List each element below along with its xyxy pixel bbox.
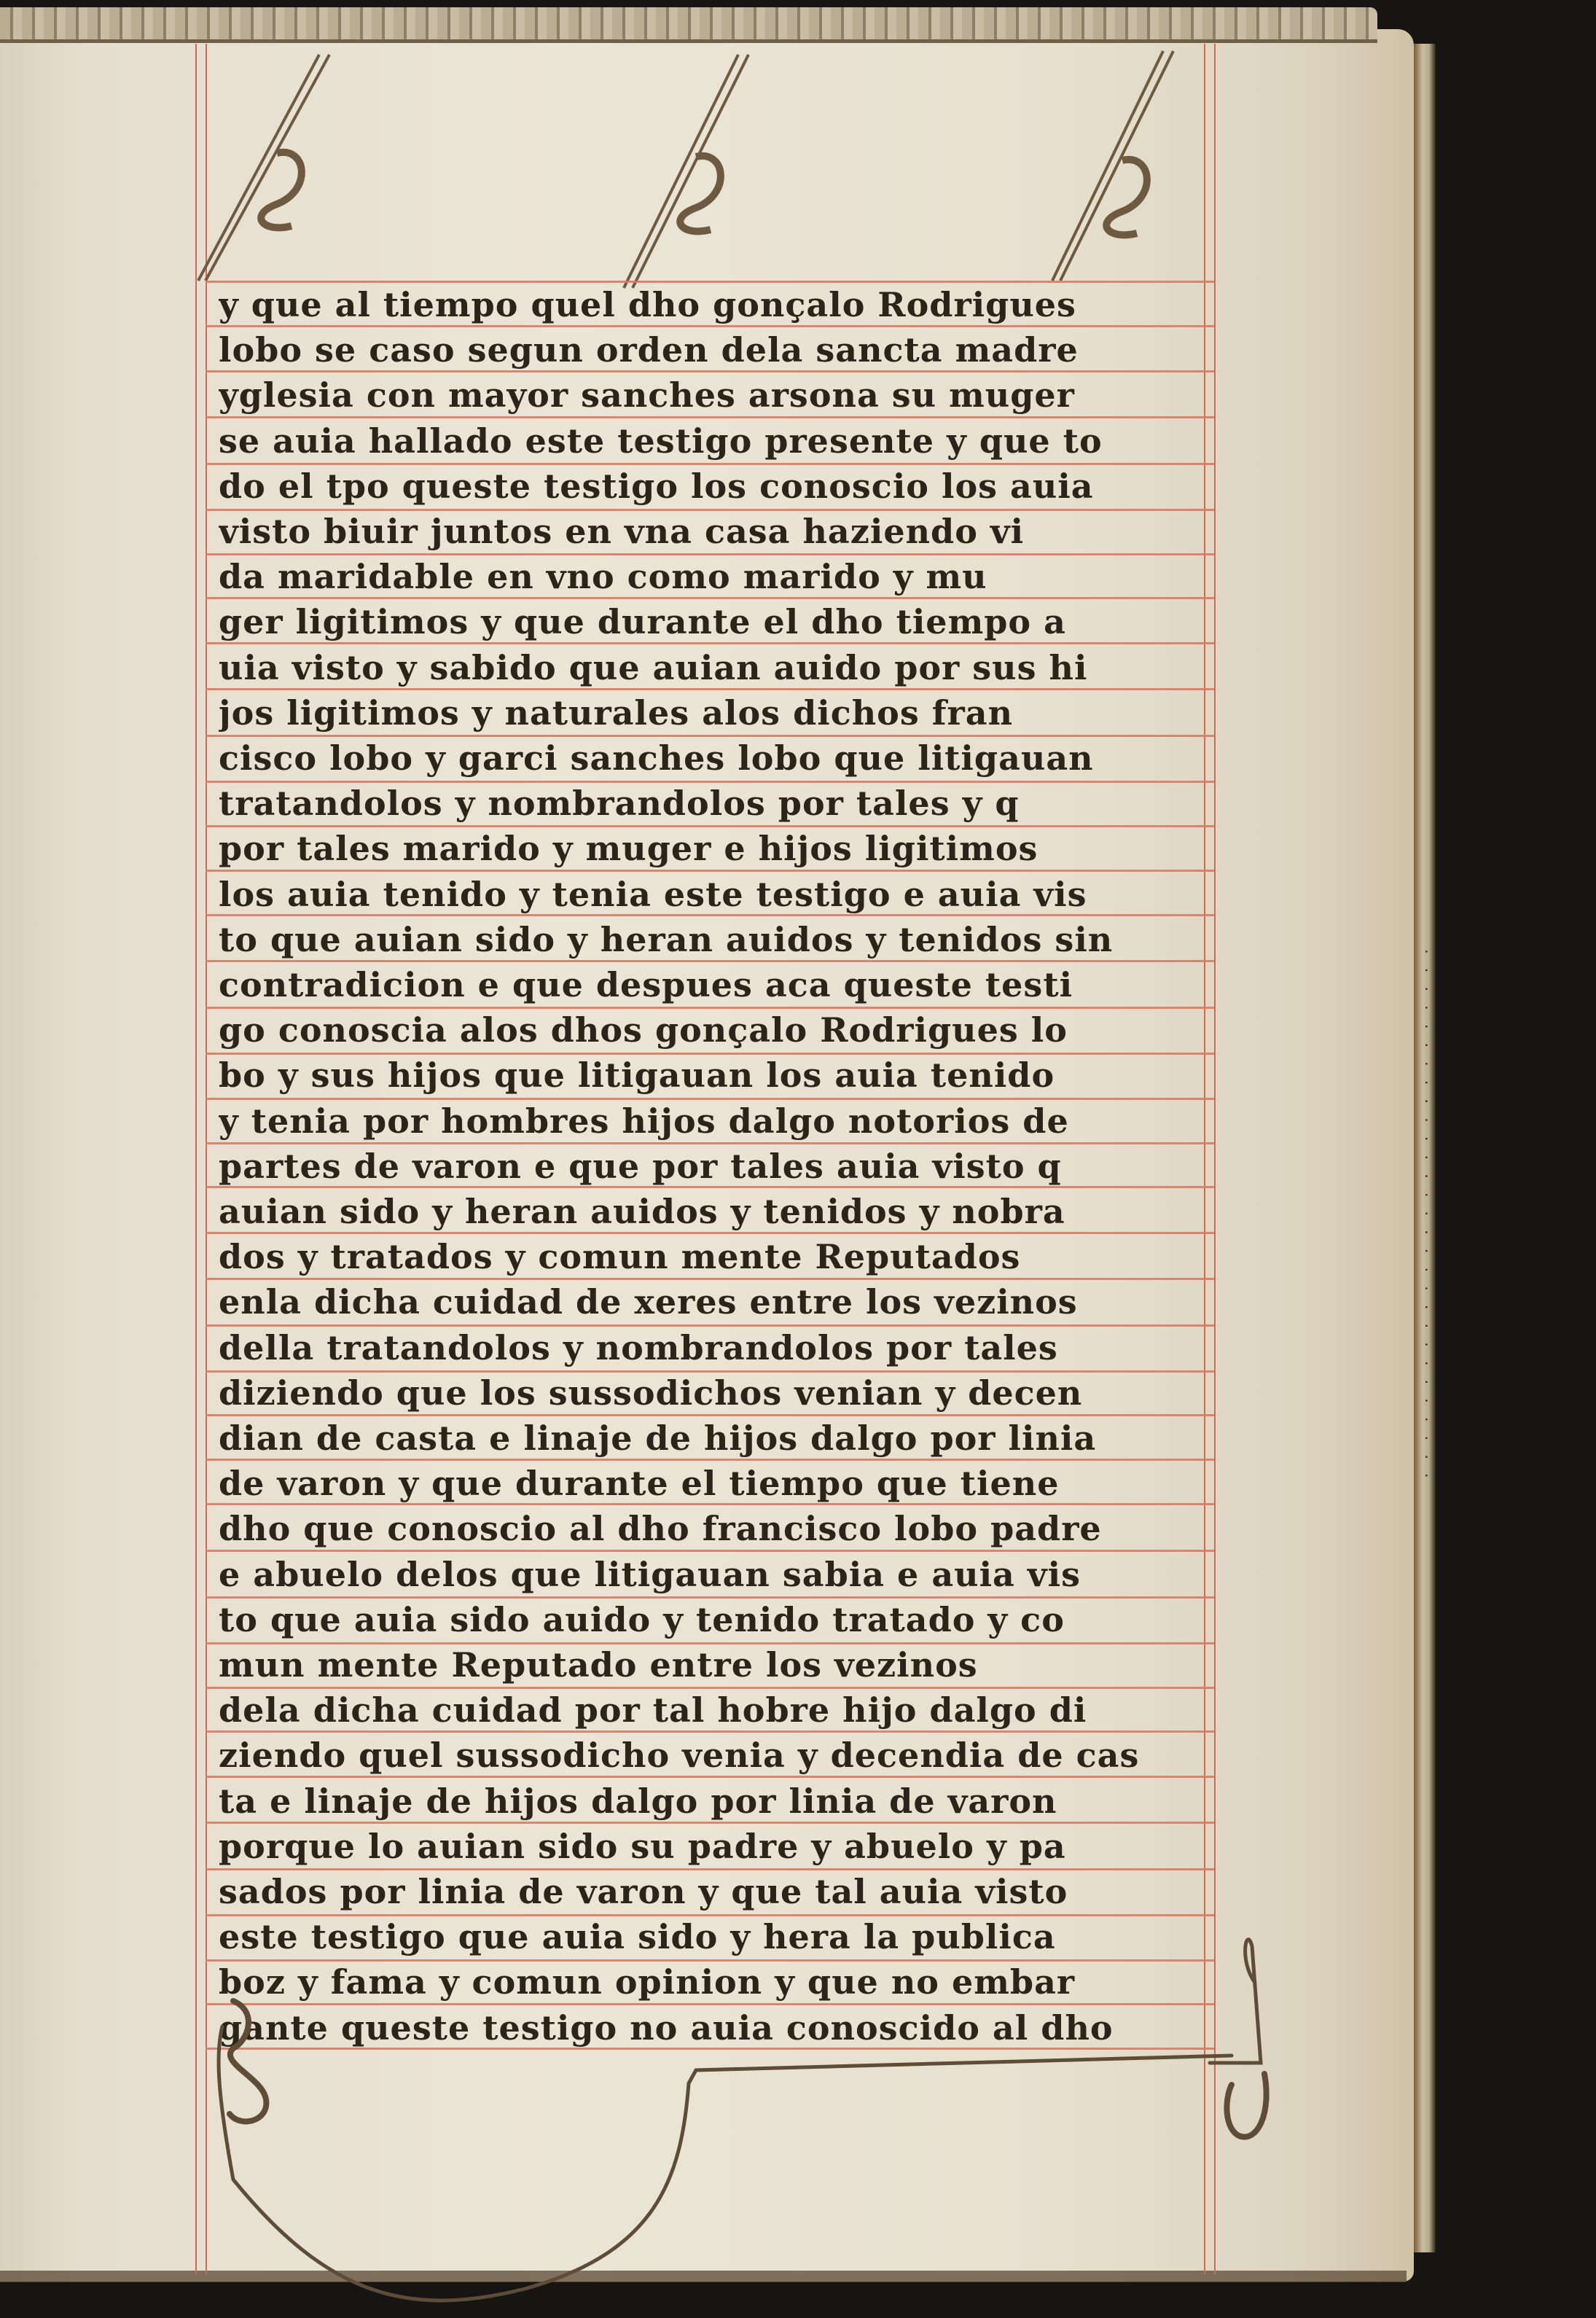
bottom-left-mark bbox=[230, 2001, 266, 2121]
line-filler-flourish bbox=[0, 0, 1596, 2318]
